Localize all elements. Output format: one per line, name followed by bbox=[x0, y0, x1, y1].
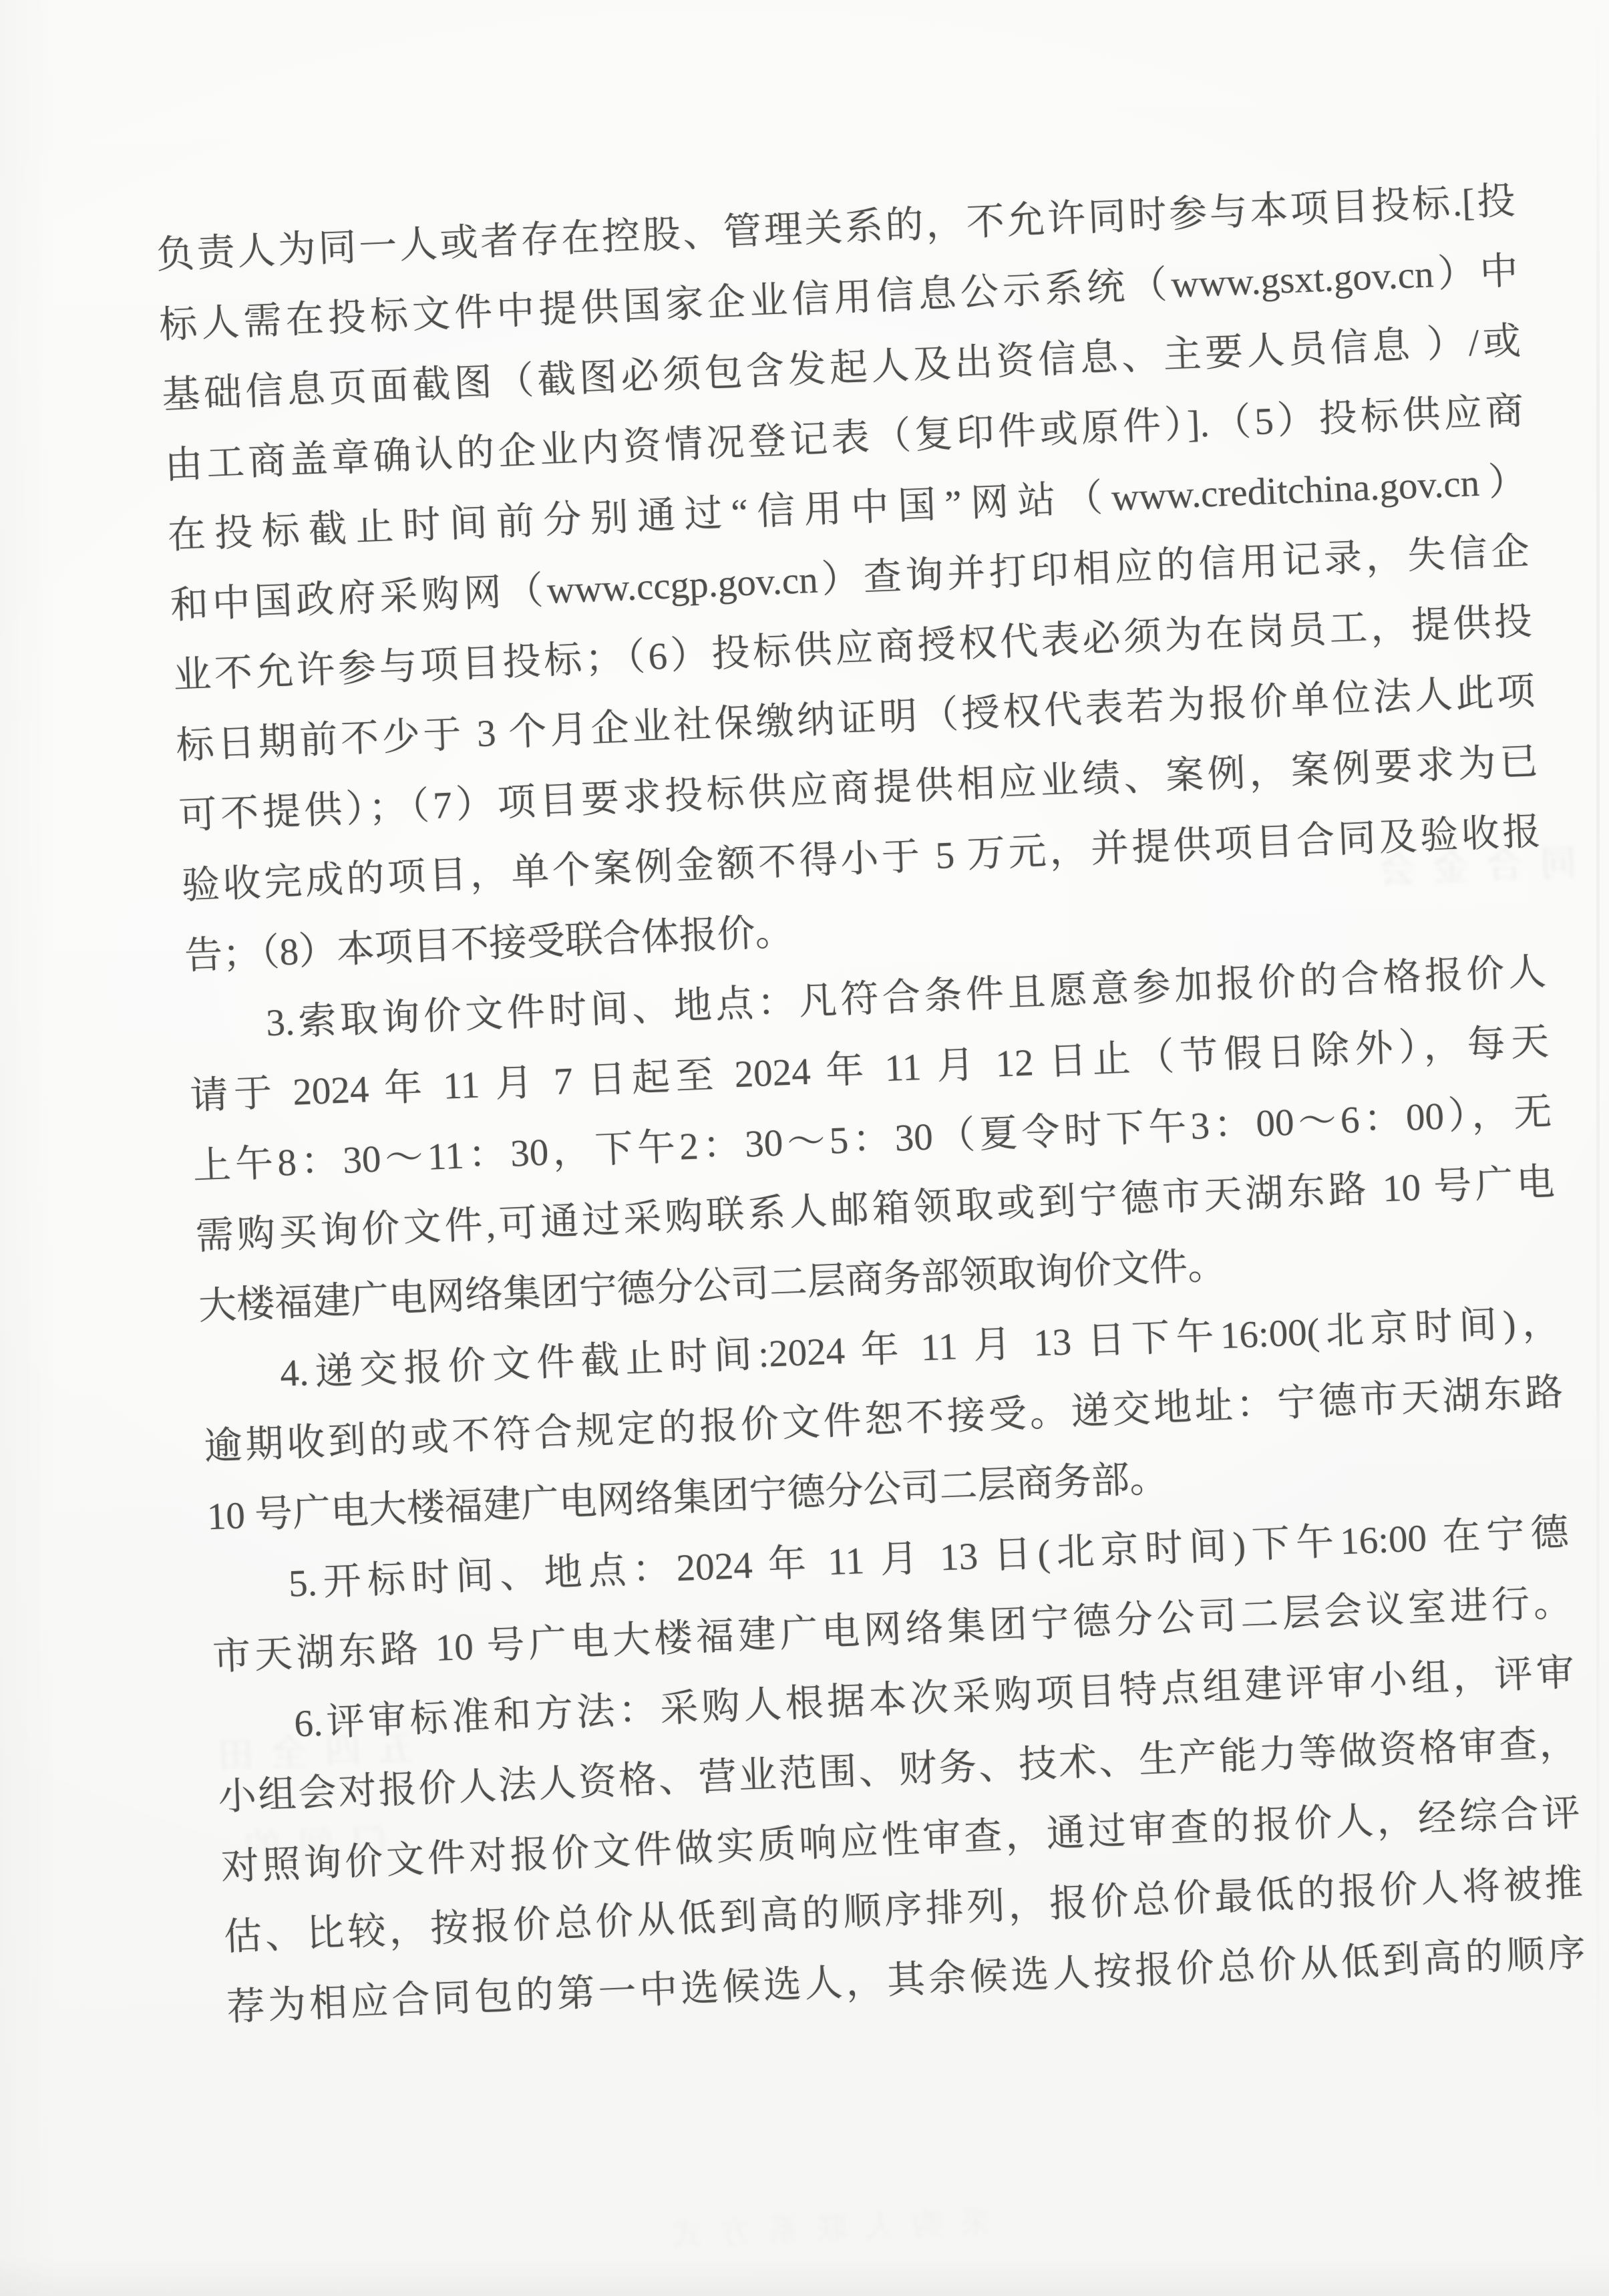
paper-fold-line bbox=[1596, 0, 1600, 2296]
document-text-block: 负责人为同一人或者存在控股、管理关系的，不允许同时参与本项目投标.[投 标人需在… bbox=[155, 166, 1587, 2043]
bleedthrough-text: 采购人联系方式 bbox=[654, 2198, 992, 2255]
scan-left-shading bbox=[0, 0, 60, 2296]
scan-bottom-shading bbox=[0, 2256, 1609, 2296]
scanned-page: 同合金会 五四全田 门间的 采购人联系方式 负责人为同一人或者存在控股、管理关系… bbox=[0, 0, 1609, 2296]
